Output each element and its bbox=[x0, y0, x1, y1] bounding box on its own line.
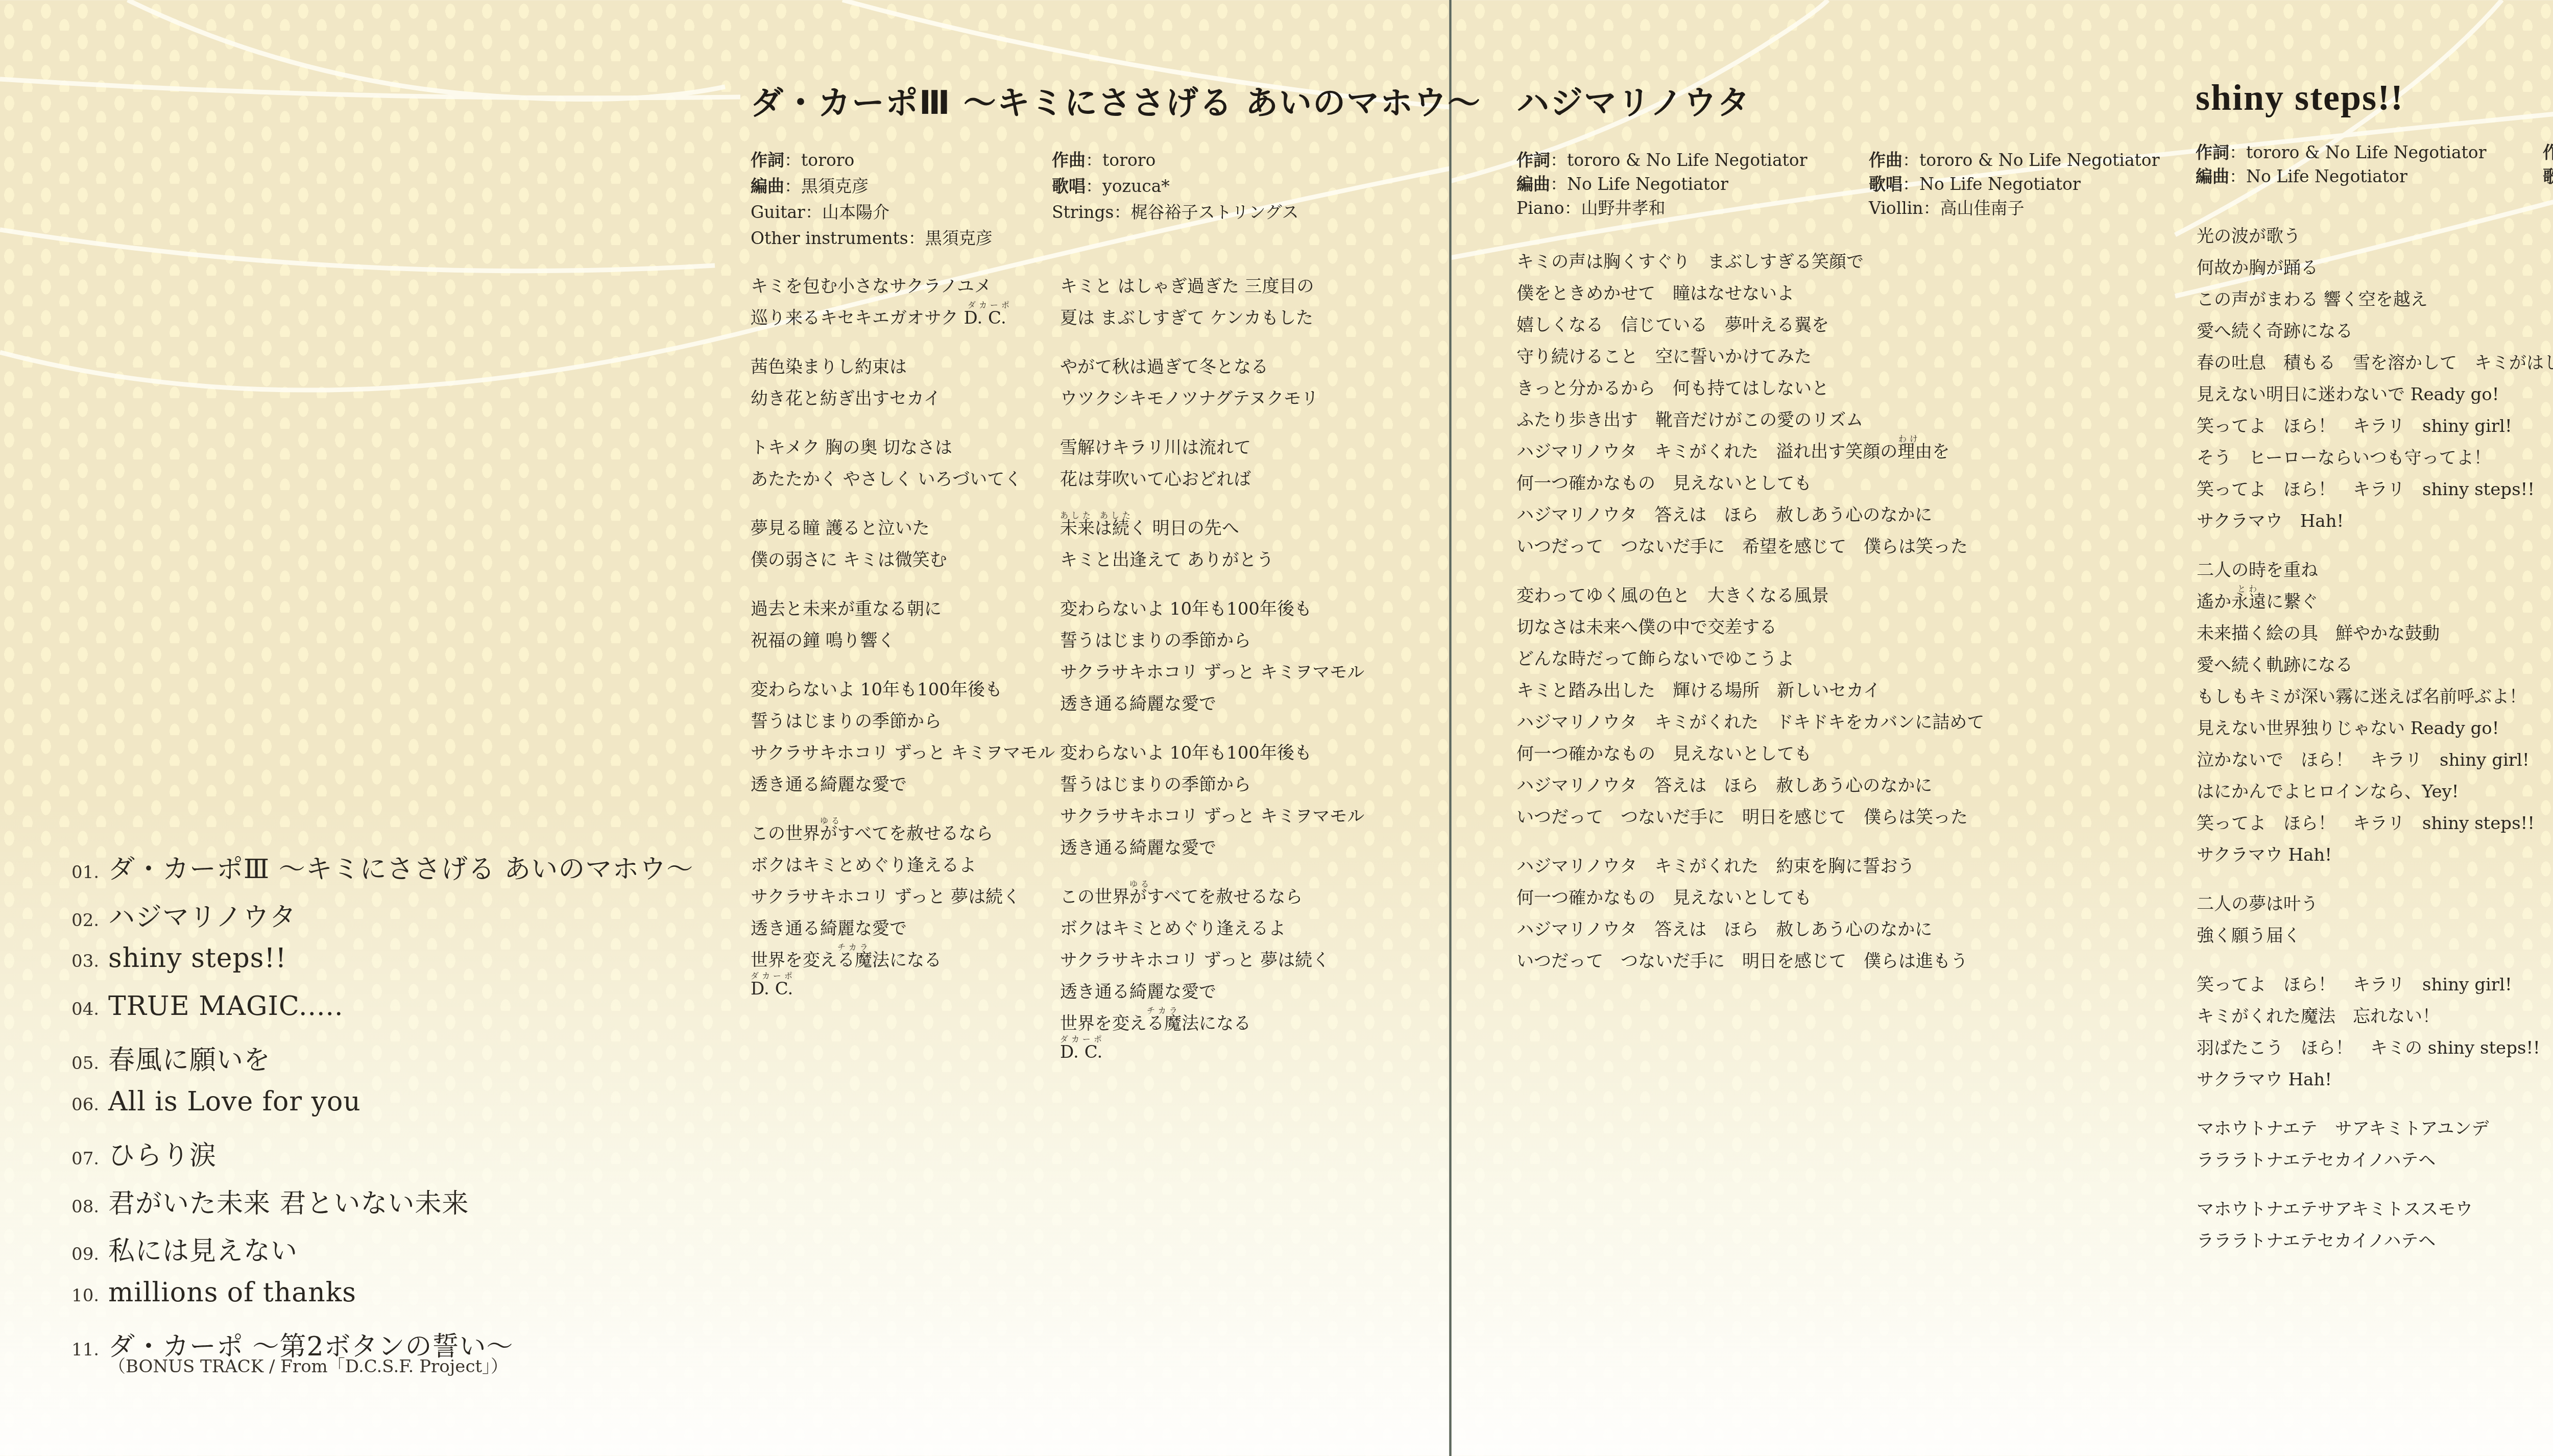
lyric-line: サクラサキホコリ ずっと 夢は続く bbox=[1060, 944, 1364, 976]
track-title: 私には見えない bbox=[108, 1229, 298, 1268]
track-number: 11. bbox=[71, 1340, 108, 1360]
track-item: 09.私には見えない bbox=[71, 1229, 693, 1277]
track-number: 07. bbox=[71, 1149, 108, 1169]
lyric-line: 過去と未来が重なる朝に bbox=[751, 593, 1055, 625]
lyric-line: 光の波が歌う bbox=[2197, 221, 2553, 252]
track-title: millions of thanks bbox=[108, 1277, 356, 1308]
lyric-line: 嬉しくなる 信じている 夢叶える翼を bbox=[1516, 309, 1984, 341]
lyric-line: 透き通る綺麗な愛で bbox=[1060, 688, 1364, 720]
lyric-line: 透き通る綺麗な愛で bbox=[751, 769, 1055, 800]
stanza: 雪解けキラリ川は流れて 花は芽吹いて心おどれば bbox=[1060, 432, 1364, 495]
stanza: 変わらないよ 10年も100年後も 誓うはじまりの季節から サクラサキホコリ ず… bbox=[1060, 593, 1364, 720]
lyric-line: 巡り来るキセキエガオサク D. C.ダカーポ bbox=[751, 302, 1055, 334]
track-title: 春風に願いを bbox=[108, 1038, 271, 1077]
lyric-line: 何一つ確かなもの 見えないとしても bbox=[1516, 882, 1984, 914]
ruby-towa: とわ bbox=[2237, 585, 2260, 593]
credit-vocal: 歌唱：yozuca* bbox=[1052, 173, 1481, 197]
stanza: 夢見る瞳 護ると泣いた 僕の弱さに キミは微笑む bbox=[751, 513, 1055, 576]
lyric-line: 見えない明日に迷わないで Ready go! bbox=[2197, 379, 2553, 410]
song-header-shiny-steps: shiny steps!! 作詞：tororo & No Life Negoti… bbox=[2196, 77, 2553, 187]
stanza: 変わらないよ 10年も100年後も 誓うはじまりの季節から サクラサキホコリ ず… bbox=[751, 674, 1055, 800]
stanza: 未来は続く 明日の先へあしたあした キミと出逢えて ありがとう bbox=[1060, 513, 1364, 576]
track-title: shiny steps!! bbox=[108, 943, 286, 974]
lyric-line: ふたり歩き出す 靴音だけがこの愛のリズム bbox=[1516, 404, 1984, 436]
lyric-line: サクラマウ Hah! bbox=[2197, 839, 2553, 871]
track-title: TRUE MAGIC..... bbox=[108, 991, 344, 1022]
track-number: 10. bbox=[71, 1285, 108, 1306]
lyric-line: 未来描く絵の具 鮮やかな鼓動 bbox=[2197, 618, 2553, 649]
lyric-line: ハジマリノウタ 答えは ほら 赦しあう心のなかに bbox=[1516, 499, 1984, 531]
lyric-line: ウツクシキモノツナグテヌクモリ bbox=[1060, 383, 1364, 415]
credit-lyrics: 作詞：tororo & No Life Negotiator bbox=[2196, 139, 2522, 163]
stanza: キミを包む小さなサクラノユメ 巡り来るキセキエガオサク D. C.ダカーポ bbox=[751, 271, 1055, 334]
lyric-line: 花は芽吹いて心おどれば bbox=[1060, 464, 1364, 495]
lyric-line: トキメク 胸の奥 切なさは bbox=[751, 432, 1055, 464]
lyric-line: 変わってゆく風の色と 大きくなる風景 bbox=[1516, 580, 1984, 612]
lyric-line: 春の吐息 積もる 雪を溶かして キミがはしゃぐ bbox=[2197, 347, 2553, 379]
song-credits: 作詞：tororo & No Life Negotiator 作曲：tororo… bbox=[1516, 147, 2160, 219]
lyric-line: ラララトナエテセカイノハテヘ bbox=[2197, 1225, 2553, 1257]
lyric-line: 透き通る綺麗な愛で bbox=[1060, 832, 1364, 864]
lyric-line: 羽ばたこう ほら！ キミの shiny steps!! bbox=[2197, 1032, 2553, 1064]
track-item: 10.millions of thanks bbox=[71, 1277, 693, 1325]
lyric-line: 透き通る綺麗な愛で bbox=[751, 913, 1055, 944]
lyric-line: キミと踏み出した 輝ける場所 新しいセカイ bbox=[1516, 675, 1984, 707]
lyric-line: 変わらないよ 10年も100年後も bbox=[1060, 593, 1364, 625]
lyric-line: D. C.ダカーポ bbox=[1060, 1039, 1364, 1063]
ruby-dacapo: ダカーポ bbox=[751, 972, 796, 980]
track-item: 06.All is Love for you bbox=[71, 1086, 693, 1134]
lyric-line: 世界を変える魔法になるチカラ bbox=[751, 944, 1055, 976]
ruby-yuru: ゆる bbox=[1129, 880, 1152, 888]
stanza: 二人の夢は叶う 強く願う届く bbox=[2197, 888, 2553, 952]
credit-arranger: 編曲：黒須克彦 bbox=[751, 173, 1031, 197]
stanza: 笑ってよ ほら！ キラリ shiny girl! キミがくれた魔法 忘れない！ … bbox=[2197, 969, 2553, 1096]
lyric-line: この声がまわる 響く空を越え bbox=[2197, 284, 2553, 316]
track-title: All is Love for you bbox=[108, 1086, 361, 1117]
track-item: 01.ダ・カーポⅢ ～キミにささげる あいのマホウ～ bbox=[71, 847, 693, 895]
lyric-line: サクラサキホコリ ずっと キミヲマモル bbox=[751, 737, 1055, 769]
credit-composer: 作曲：tororo bbox=[1052, 147, 1481, 171]
song-title: ハジマリノウタ bbox=[1516, 77, 2160, 124]
song-credits: 作詞：tororo 作曲：tororo 編曲：黒須克彦 歌唱：yozuca* G… bbox=[751, 147, 1481, 249]
lyric-line: そう ヒーローならいつも守ってよ！ bbox=[2197, 442, 2553, 474]
stanza: この世界がすべてを赦せるならゆる ボクはキミとめぐり逢えるよ サクラサキホコリ … bbox=[1060, 881, 1364, 1063]
lyric-line: 笑ってよ ほら！ キラリ shiny girl! bbox=[2197, 410, 2553, 442]
lyric-line: いつだって つないだ手に 明日を感じて 僕らは進もう bbox=[1516, 945, 1984, 977]
lyric-line: D. C.ダカーポ bbox=[751, 976, 1055, 1000]
song-header-dacapo3: ダ・カーポⅢ ～キミにささげる あいのマホウ～ 作詞：tororo 作曲：tor… bbox=[751, 77, 1481, 249]
lyric-line: 愛へ続く軌跡になる bbox=[2197, 649, 2553, 681]
lyric-line: 守り続けること 空に誓いかけてみた bbox=[1516, 341, 1984, 373]
credit-other-instruments: Other instruments：黒須克彦 bbox=[751, 225, 1031, 249]
track-title: ひらり涙 bbox=[108, 1134, 216, 1172]
stanza: トキメク 胸の奥 切なさは あたたかく やさしく いろづいてく bbox=[751, 432, 1055, 495]
track-item: 05.春風に願いを bbox=[71, 1038, 693, 1086]
credit-composer: 作曲：tororo & No Life Negotiator bbox=[2543, 139, 2553, 163]
lyric-line: 雪解けキラリ川は流れて bbox=[1060, 432, 1364, 464]
lyric-line: 何一つ確かなもの 見えないとしても bbox=[1516, 738, 1984, 770]
lyric-line: 僕の弱さに キミは微笑む bbox=[751, 544, 1055, 576]
credit-vocal: 歌唱：No Life Negotiator bbox=[1869, 171, 2160, 195]
ruby-wake: わけ bbox=[1898, 435, 1921, 443]
lyric-line: 見えない世界独りじゃない Ready go! bbox=[2197, 713, 2553, 744]
track-number: 03. bbox=[71, 951, 108, 972]
lyrics-hajimarinouta: キミの声は胸くすぐり まぶしすぎる笑顔で 僕をときめかせて 瞳はなせないよ 嬉し… bbox=[1516, 246, 1984, 994]
tracklist: 01.ダ・カーポⅢ ～キミにささげる あいのマホウ～ 02.ハジマリノウタ 03… bbox=[71, 847, 693, 1377]
lyric-line: 茜色染まりし約束は bbox=[751, 351, 1055, 383]
credit-lyrics: 作詞：tororo bbox=[751, 147, 1031, 171]
lyric-line: いつだって つないだ手に 希望を感じて 僕らは笑った bbox=[1516, 531, 1984, 563]
lyric-line: ラララトナエテセカイノハテヘ bbox=[2197, 1145, 2553, 1176]
track-number: 08. bbox=[71, 1197, 108, 1217]
track-title: ハジマリノウタ bbox=[108, 895, 296, 934]
lyric-line: 笑ってよ ほら！ キラリ shiny girl! bbox=[2197, 969, 2553, 1001]
lyric-line: 誓うはじまりの季節から bbox=[1060, 625, 1364, 657]
ruby-dacapo: ダカーポ bbox=[968, 301, 1013, 309]
stanza: 過去と未来が重なる朝に 祝福の鐘 鳴り響く bbox=[751, 593, 1055, 657]
lyric-line: サクラサキホコリ ずっと キミヲマモル bbox=[1060, 800, 1364, 832]
lyric-line: 遙か永遠に繋ぐとわ bbox=[2197, 586, 2553, 618]
lyric-line: 僕をときめかせて 瞳はなせないよ bbox=[1516, 278, 1984, 309]
credit-vocal: 歌唱：三森すずこ・寺川愛美 bbox=[2543, 163, 2553, 187]
lyric-line: 誓うはじまりの季節から bbox=[751, 706, 1055, 737]
stanza: キミの声は胸くすぐり まぶしすぎる笑顔で 僕をときめかせて 瞳はなせないよ 嬉し… bbox=[1516, 246, 1984, 563]
lyric-line: サクラサキホコリ ずっと キミヲマモル bbox=[1060, 657, 1364, 688]
credit-lyrics: 作詞：tororo & No Life Negotiator bbox=[1516, 147, 1848, 171]
lyric-line: 二人の時を重ね bbox=[2197, 554, 2553, 586]
ruby-chikara: チカラ bbox=[1147, 1007, 1181, 1015]
lyric-line: きっと分かるから 何も持てはしないと bbox=[1516, 373, 1984, 404]
ruby-yuru: ゆる bbox=[820, 817, 842, 825]
track-title: ダ・カーポⅢ ～キミにささげる あいのマホウ～ bbox=[108, 847, 693, 886]
lyrics-dacapo3-col2: キミと はしゃぎ過ぎた 三度目の 夏は まぶしすぎて ケンカもした やがて秋は過… bbox=[1060, 271, 1364, 1080]
lyric-line: 世界を変える魔法になるチカラ bbox=[1060, 1008, 1364, 1039]
lyrics-shiny-steps: 光の波が歌う 何故か胸が踊る この声がまわる 響く空を越え 愛へ続く奇跡になる … bbox=[2197, 221, 2553, 1274]
lyric-line: はにかんでよヒロインなら、Yey! bbox=[2197, 776, 2553, 808]
stanza: この世界がすべてを赦せるならゆる ボクはキミとめぐり逢えるよ サクラサキホコリ … bbox=[751, 818, 1055, 1000]
lyric-line: 何一つ確かなもの 見えないとしても bbox=[1516, 468, 1984, 499]
lyric-line: キミと出逢えて ありがとう bbox=[1060, 544, 1364, 576]
lyric-line: もしもキミが深い霧に迷えば名前呼ぶよ！ bbox=[2197, 681, 2553, 713]
lyric-line: サクラマウ Hah! bbox=[2197, 505, 2553, 537]
stanza: 茜色染まりし約束は 幼き花と紡ぎ出すセカイ bbox=[751, 351, 1055, 415]
track-number: 05. bbox=[71, 1053, 108, 1074]
song-header-hajimarinouta: ハジマリノウタ 作詞：tororo & No Life Negotiator 作… bbox=[1516, 77, 2160, 219]
lyric-line: 強く願う届く bbox=[2197, 920, 2553, 952]
lyric-line: 何故か胸が踊る bbox=[2197, 252, 2553, 284]
track-number: 01. bbox=[71, 862, 108, 883]
track-title: 君がいた未来 君といない未来 bbox=[108, 1182, 469, 1220]
lyric-line: 泣かないで ほら！ キラリ shiny girl! bbox=[2197, 744, 2553, 776]
lyric-line: ボクはキミとめぐり逢えるよ bbox=[751, 850, 1055, 881]
bonus-track-note: （BONUS TRACK / From「D.C.S.F. Project」） bbox=[108, 1352, 693, 1377]
stanza: 変わらないよ 10年も100年後も 誓うはじまりの季節から サクラサキホコリ ず… bbox=[1060, 737, 1364, 864]
stanza: ハジマリノウタ キミがくれた 約束を胸に誓おう 何一つ確かなもの 見えないとして… bbox=[1516, 851, 1984, 977]
lyric-line: キミを包む小さなサクラノユメ bbox=[751, 271, 1055, 302]
lyric-line: キミの声は胸くすぐり まぶしすぎる笑顔で bbox=[1516, 246, 1984, 278]
stanza: マホウトナエテ サアキミトアユンデ ラララトナエテセカイノハテヘ bbox=[2197, 1113, 2553, 1176]
track-number: 09. bbox=[71, 1244, 108, 1265]
song-credits: 作詞：tororo & No Life Negotiator 作曲：tororo… bbox=[2196, 139, 2553, 187]
lyric-line: あたたかく やさしく いろづいてく bbox=[751, 464, 1055, 495]
track-item: 07.ひらり涙 bbox=[71, 1134, 693, 1182]
track-number: 06. bbox=[71, 1095, 108, 1115]
ruby-chikara: チカラ bbox=[837, 943, 871, 952]
lyric-line: 切なさは未来へ僕の中で交差する bbox=[1516, 612, 1984, 643]
track-item: 04.TRUE MAGIC..... bbox=[71, 991, 693, 1039]
lyric-line: 変わらないよ 10年も100年後も bbox=[1060, 737, 1364, 769]
lyric-line: この世界がすべてを赦せるならゆる bbox=[751, 818, 1055, 850]
lyric-line: ハジマリノウタ キミがくれた ドキドキをカバンに詰めて bbox=[1516, 707, 1984, 738]
track-number: 04. bbox=[71, 999, 108, 1020]
lyric-line: サクラサキホコリ ずっと 夢は続く bbox=[751, 881, 1055, 913]
song-title: shiny steps!! bbox=[2196, 77, 2553, 119]
credit-arranger: 編曲：No Life Negotiator bbox=[2196, 163, 2522, 187]
lyric-line: ハジマリノウタ 答えは ほら 赦しあう心のなかに bbox=[1516, 770, 1984, 802]
track-number: 02. bbox=[71, 910, 108, 931]
lyric-line: この世界がすべてを赦せるならゆる bbox=[1060, 881, 1364, 913]
ruby-ashita: あした bbox=[1060, 512, 1094, 520]
stanza: 二人の時を重ね 遙か永遠に繋ぐとわ 未来描く絵の具 鮮やかな鼓動 愛へ続く軌跡に… bbox=[2197, 554, 2553, 871]
lyric-line: どんな時だって飾らないでゆこうよ bbox=[1516, 643, 1984, 675]
lyric-line: 二人の夢は叶う bbox=[2197, 888, 2553, 920]
lyric-line: 笑ってよ ほら！ キラリ shiny steps!! bbox=[2197, 808, 2553, 839]
track-item: 08.君がいた未来 君といない未来 bbox=[71, 1182, 693, 1230]
ruby-dacapo: ダカーポ bbox=[1060, 1035, 1105, 1044]
ruby-ashita: あした bbox=[1100, 512, 1134, 520]
lyric-line: いつだって つないだ手に 明日を感じて 僕らは笑った bbox=[1516, 802, 1984, 833]
credit-arranger: 編曲：No Life Negotiator bbox=[1516, 171, 1848, 195]
lyric-line: やがて秋は過ぎて冬となる bbox=[1060, 351, 1364, 383]
lyric-line: キミと はしゃぎ過ぎた 三度目の bbox=[1060, 271, 1364, 302]
credit-guitar: Guitar：山本陽介 bbox=[751, 199, 1031, 223]
lyric-line: 未来は続く 明日の先へあしたあした bbox=[1060, 513, 1364, 544]
lyric-line: 祝福の鐘 鳴り響く bbox=[751, 625, 1055, 657]
stanza: やがて秋は過ぎて冬となる ウツクシキモノツナグテヌクモリ bbox=[1060, 351, 1364, 415]
track-item: 02.ハジマリノウタ bbox=[71, 895, 693, 943]
lyric-line: マホウトナエテサアキミトススモウ bbox=[2197, 1194, 2553, 1225]
lyrics-dacapo3-col1: キミを包む小さなサクラノユメ 巡り来るキセキエガオサク D. C.ダカーポ 茜色… bbox=[751, 271, 1055, 1017]
credit-piano: Piano：山野井孝和 bbox=[1516, 195, 1848, 219]
song-title: ダ・カーポⅢ ～キミにささげる あいのマホウ～ bbox=[751, 77, 1481, 124]
lyric-line: 夏は まぶしすぎて ケンカもした bbox=[1060, 302, 1364, 334]
credit-violin: Viollin：高山佳南子 bbox=[1869, 195, 2160, 219]
lyric-line: サクラマウ Hah! bbox=[2197, 1064, 2553, 1096]
lyric-line: 夢見る瞳 護ると泣いた bbox=[751, 513, 1055, 544]
lyric-line: ハジマリノウタ キミがくれた 約束を胸に誓おう bbox=[1516, 851, 1984, 882]
credit-strings: Strings：梶谷裕子ストリングス bbox=[1052, 199, 1481, 223]
lyric-line: ボクはキミとめぐり逢えるよ bbox=[1060, 913, 1364, 944]
stanza: キミと はしゃぎ過ぎた 三度目の 夏は まぶしすぎて ケンカもした bbox=[1060, 271, 1364, 334]
lyric-line: 変わらないよ 10年も100年後も bbox=[751, 674, 1055, 706]
lyric-line: ハジマリノウタ キミがくれた 溢れ出す笑顔の理由をわけ bbox=[1516, 436, 1984, 468]
lyric-line: ハジマリノウタ 答えは ほら 赦しあう心のなかに bbox=[1516, 914, 1984, 945]
lyric-line: 幼き花と紡ぎ出すセカイ bbox=[751, 383, 1055, 415]
lyric-line: マホウトナエテ サアキミトアユンデ bbox=[2197, 1113, 2553, 1145]
stanza: 光の波が歌う 何故か胸が踊る この声がまわる 響く空を越え 愛へ続く奇跡になる … bbox=[2197, 221, 2553, 537]
stanza: マホウトナエテサアキミトススモウ ラララトナエテセカイノハテヘ bbox=[2197, 1194, 2553, 1257]
track-item: 03.shiny steps!! bbox=[71, 943, 693, 991]
lyric-line: キミがくれた魔法 忘れない！ bbox=[2197, 1001, 2553, 1032]
lyric-line: 愛へ続く奇跡になる bbox=[2197, 316, 2553, 347]
lyric-line: 誓うはじまりの季節から bbox=[1060, 769, 1364, 800]
credit-composer: 作曲：tororo & No Life Negotiator bbox=[1869, 147, 2160, 171]
lyric-line: 笑ってよ ほら！ キラリ shiny steps!! bbox=[2197, 474, 2553, 505]
lyric-line: 透き通る綺麗な愛で bbox=[1060, 976, 1364, 1008]
stanza: 変わってゆく風の色と 大きくなる風景 切なさは未来へ僕の中で交差する どんな時だ… bbox=[1516, 580, 1984, 833]
